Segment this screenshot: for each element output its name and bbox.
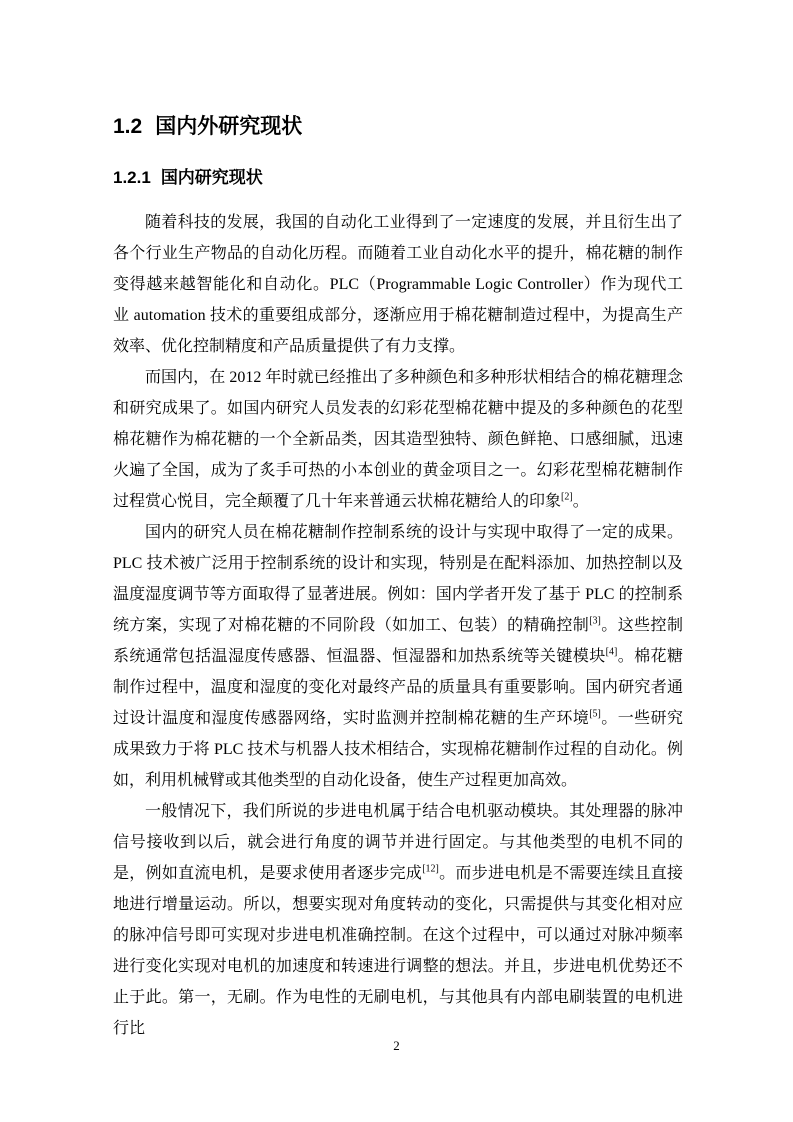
paragraph-text: 随着科技的发展，我国的自动化工业得到了一定速度的发展，并且衍生出了各个行业生产物… (113, 214, 683, 355)
citation-ref: [2] (561, 491, 573, 502)
page-footer: 2 (0, 1038, 793, 1054)
body-paragraphs: 随着科技的发展，我国的自动化工业得到了一定速度的发展，并且衍生出了各个行业生产物… (113, 207, 683, 1044)
paragraph: 而国内，在 2012 年时就已经推出了多种颜色和多种形状相结合的棉花糖理念和研究… (113, 362, 683, 517)
subsection-heading: 1.2.1国内研究现状 (113, 168, 683, 188)
subsection-heading-title: 国内研究现状 (161, 168, 263, 187)
page-number: 2 (393, 1038, 400, 1053)
subsection-heading-number: 1.2.1 (113, 168, 151, 187)
section-heading: 1.2国内外研究现状 (113, 115, 683, 139)
paragraph-text: 而国内，在 2012 年时就已经推出了多种颜色和多种形状相结合的棉花糖理念和研究… (113, 369, 683, 510)
section-heading-title: 国内外研究现状 (155, 115, 302, 138)
paragraph: 随着科技的发展，我国的自动化工业得到了一定速度的发展，并且衍生出了各个行业生产物… (113, 207, 683, 362)
paragraph: 一般情况下，我们所说的步进电机属于结合电机驱动模块。其处理器的脉冲信号接收到以后… (113, 796, 683, 1044)
citation-ref: [3] (589, 615, 601, 626)
paragraph-text: 。而步进电机是不需要连续且直接地进行增量运动。所以，想要实现对角度转动的变化，只… (113, 865, 683, 1037)
paragraph: 国内的研究人员在棉花糖制作控制系统的设计与实现中取得了一定的成果。PLC 技术被… (113, 517, 683, 796)
paragraph-text: 。 (573, 493, 589, 510)
section-heading-number: 1.2 (113, 115, 142, 138)
citation-ref: [12] (422, 863, 439, 874)
citation-ref: [4] (606, 646, 618, 657)
document-page: 1.2国内外研究现状 1.2.1国内研究现状 随着科技的发展，我国的自动化工业得… (0, 0, 793, 1122)
citation-ref: [5] (589, 708, 601, 719)
